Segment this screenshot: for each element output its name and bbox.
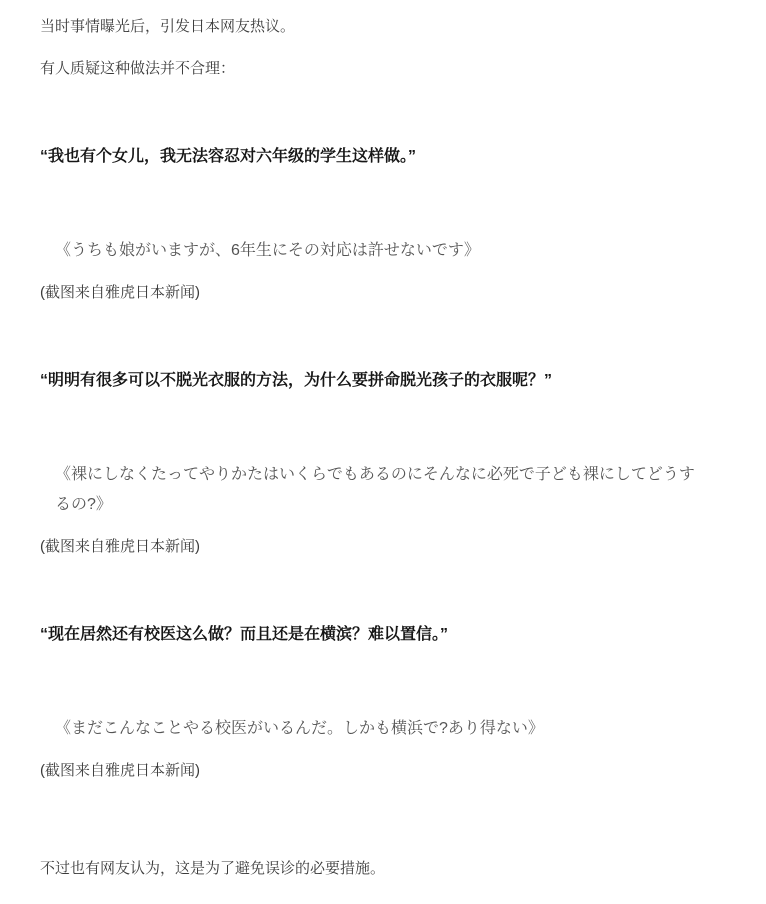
netizen-comment-block: “现在居然还有校医这么做？而且还是在横滨？难以置信。” 《まだこんなことやる校医… [40,622,703,784]
chinese-translation-quote: “明明有很多可以不脱光衣服的方法，为什么要拼命脱光孩子的衣服呢？” [40,368,703,394]
source-caption: (截图来自雅虎日本新闻) [40,758,703,784]
netizen-comment-block: “明明有很多可以不脱光衣服的方法，为什么要拼命脱光孩子的衣服呢？” 《裸にしなく… [40,368,703,560]
article-body: 当时事情曝光后，引发日本网友热议。 有人质疑这种做法并不合理： “我也有个女儿，… [0,0,766,904]
outro-paragraph: 不过也有网友认为，这是为了避免误诊的必要措施。 [40,856,703,882]
netizen-comment-block: “我也有个女儿，我无法容忍对六年级的学生这样做。” 《うちも娘がいますが、6年生… [40,144,703,306]
japanese-original-quote: 《まだこんなことやる校医がいるんだ。しかも横浜で?あり得ない》 [40,714,703,744]
intro-paragraph: 当时事情曝光后，引发日本网友热议。 [40,14,703,40]
japanese-original-quote: 《うちも娘がいますが、6年生にその対応は許せないです》 [40,236,703,266]
source-caption: (截图来自雅虎日本新闻) [40,280,703,306]
intro-paragraph: 有人质疑这种做法并不合理： [40,56,703,82]
chinese-translation-quote: “现在居然还有校医这么做？而且还是在横滨？难以置信。” [40,622,703,648]
source-caption: (截图来自雅虎日本新闻) [40,534,703,560]
chinese-translation-quote: “我也有个女儿，我无法容忍对六年级的学生这样做。” [40,144,703,170]
japanese-original-quote: 《裸にしなくたってやりかたはいくらでもあるのにそんなに必死で子ども裸にしてどうす… [40,460,703,520]
